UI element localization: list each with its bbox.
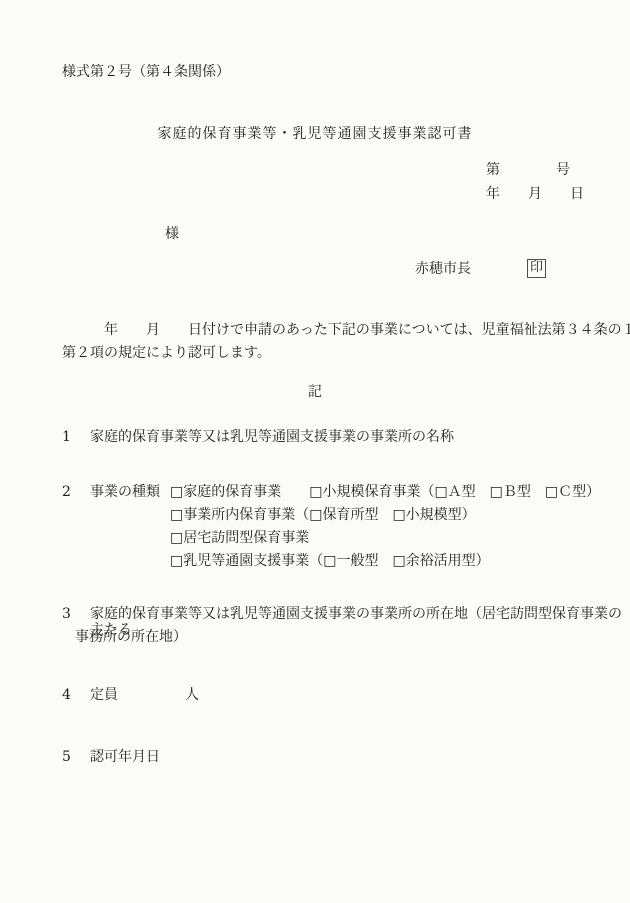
seal-stamp: 印	[527, 259, 546, 278]
item-1-text: 家庭的保育事業等又は乳児等通園支援事業の事業所の名称	[90, 429, 454, 445]
body-paragraph-line2: 第２項の規定により認可します。	[62, 345, 271, 361]
item-3-text-line2: 事務所の所在地）	[75, 629, 187, 645]
item-1-number: 1	[62, 429, 71, 445]
item-3-number: 3	[62, 606, 71, 622]
body-paragraph-line1: 年 月 日付けで申請のあった下記の事業については、児童福祉法第３４条の１５	[62, 322, 630, 338]
record-heading: 記	[0, 384, 630, 400]
item-2-label: 事業の種類	[90, 484, 160, 500]
issue-date-line: 年 月 日	[486, 186, 584, 202]
item-4-number: 4	[62, 687, 71, 703]
item-2-number: 2	[62, 484, 71, 500]
item-2-option-line-1: □家庭的保育事業 □小規模保育事業（□Ａ型 □Ｂ型 □Ｃ型）	[170, 484, 600, 500]
item-4-unit: 人	[185, 687, 199, 703]
item-5-text: 認可年月日	[90, 749, 160, 765]
issue-number-line: 第 号	[486, 162, 570, 178]
form-number: 様式第２号（第４条関係）	[62, 64, 230, 80]
document-page: 様式第２号（第４条関係） 家庭的保育事業等・乳児等通園支援事業認可書 第 号 年…	[0, 0, 630, 903]
document-title: 家庭的保育事業等・乳児等通園支援事業認可書	[0, 126, 630, 142]
item-2-option-line-4: □乳児等通園支援事業（□一般型 □余裕活用型）	[170, 553, 490, 569]
addressee-honorific: 様	[165, 226, 179, 242]
item-2-option-line-3: □居宅訪問型保育事業	[170, 530, 309, 546]
item-5-number: 5	[62, 749, 71, 765]
item-2-option-line-2: □事業所内保育事業（□保育所型 □小規模型）	[170, 507, 476, 523]
issuer-name: 赤穂市長	[415, 261, 471, 277]
item-4-label: 定員	[90, 687, 118, 703]
